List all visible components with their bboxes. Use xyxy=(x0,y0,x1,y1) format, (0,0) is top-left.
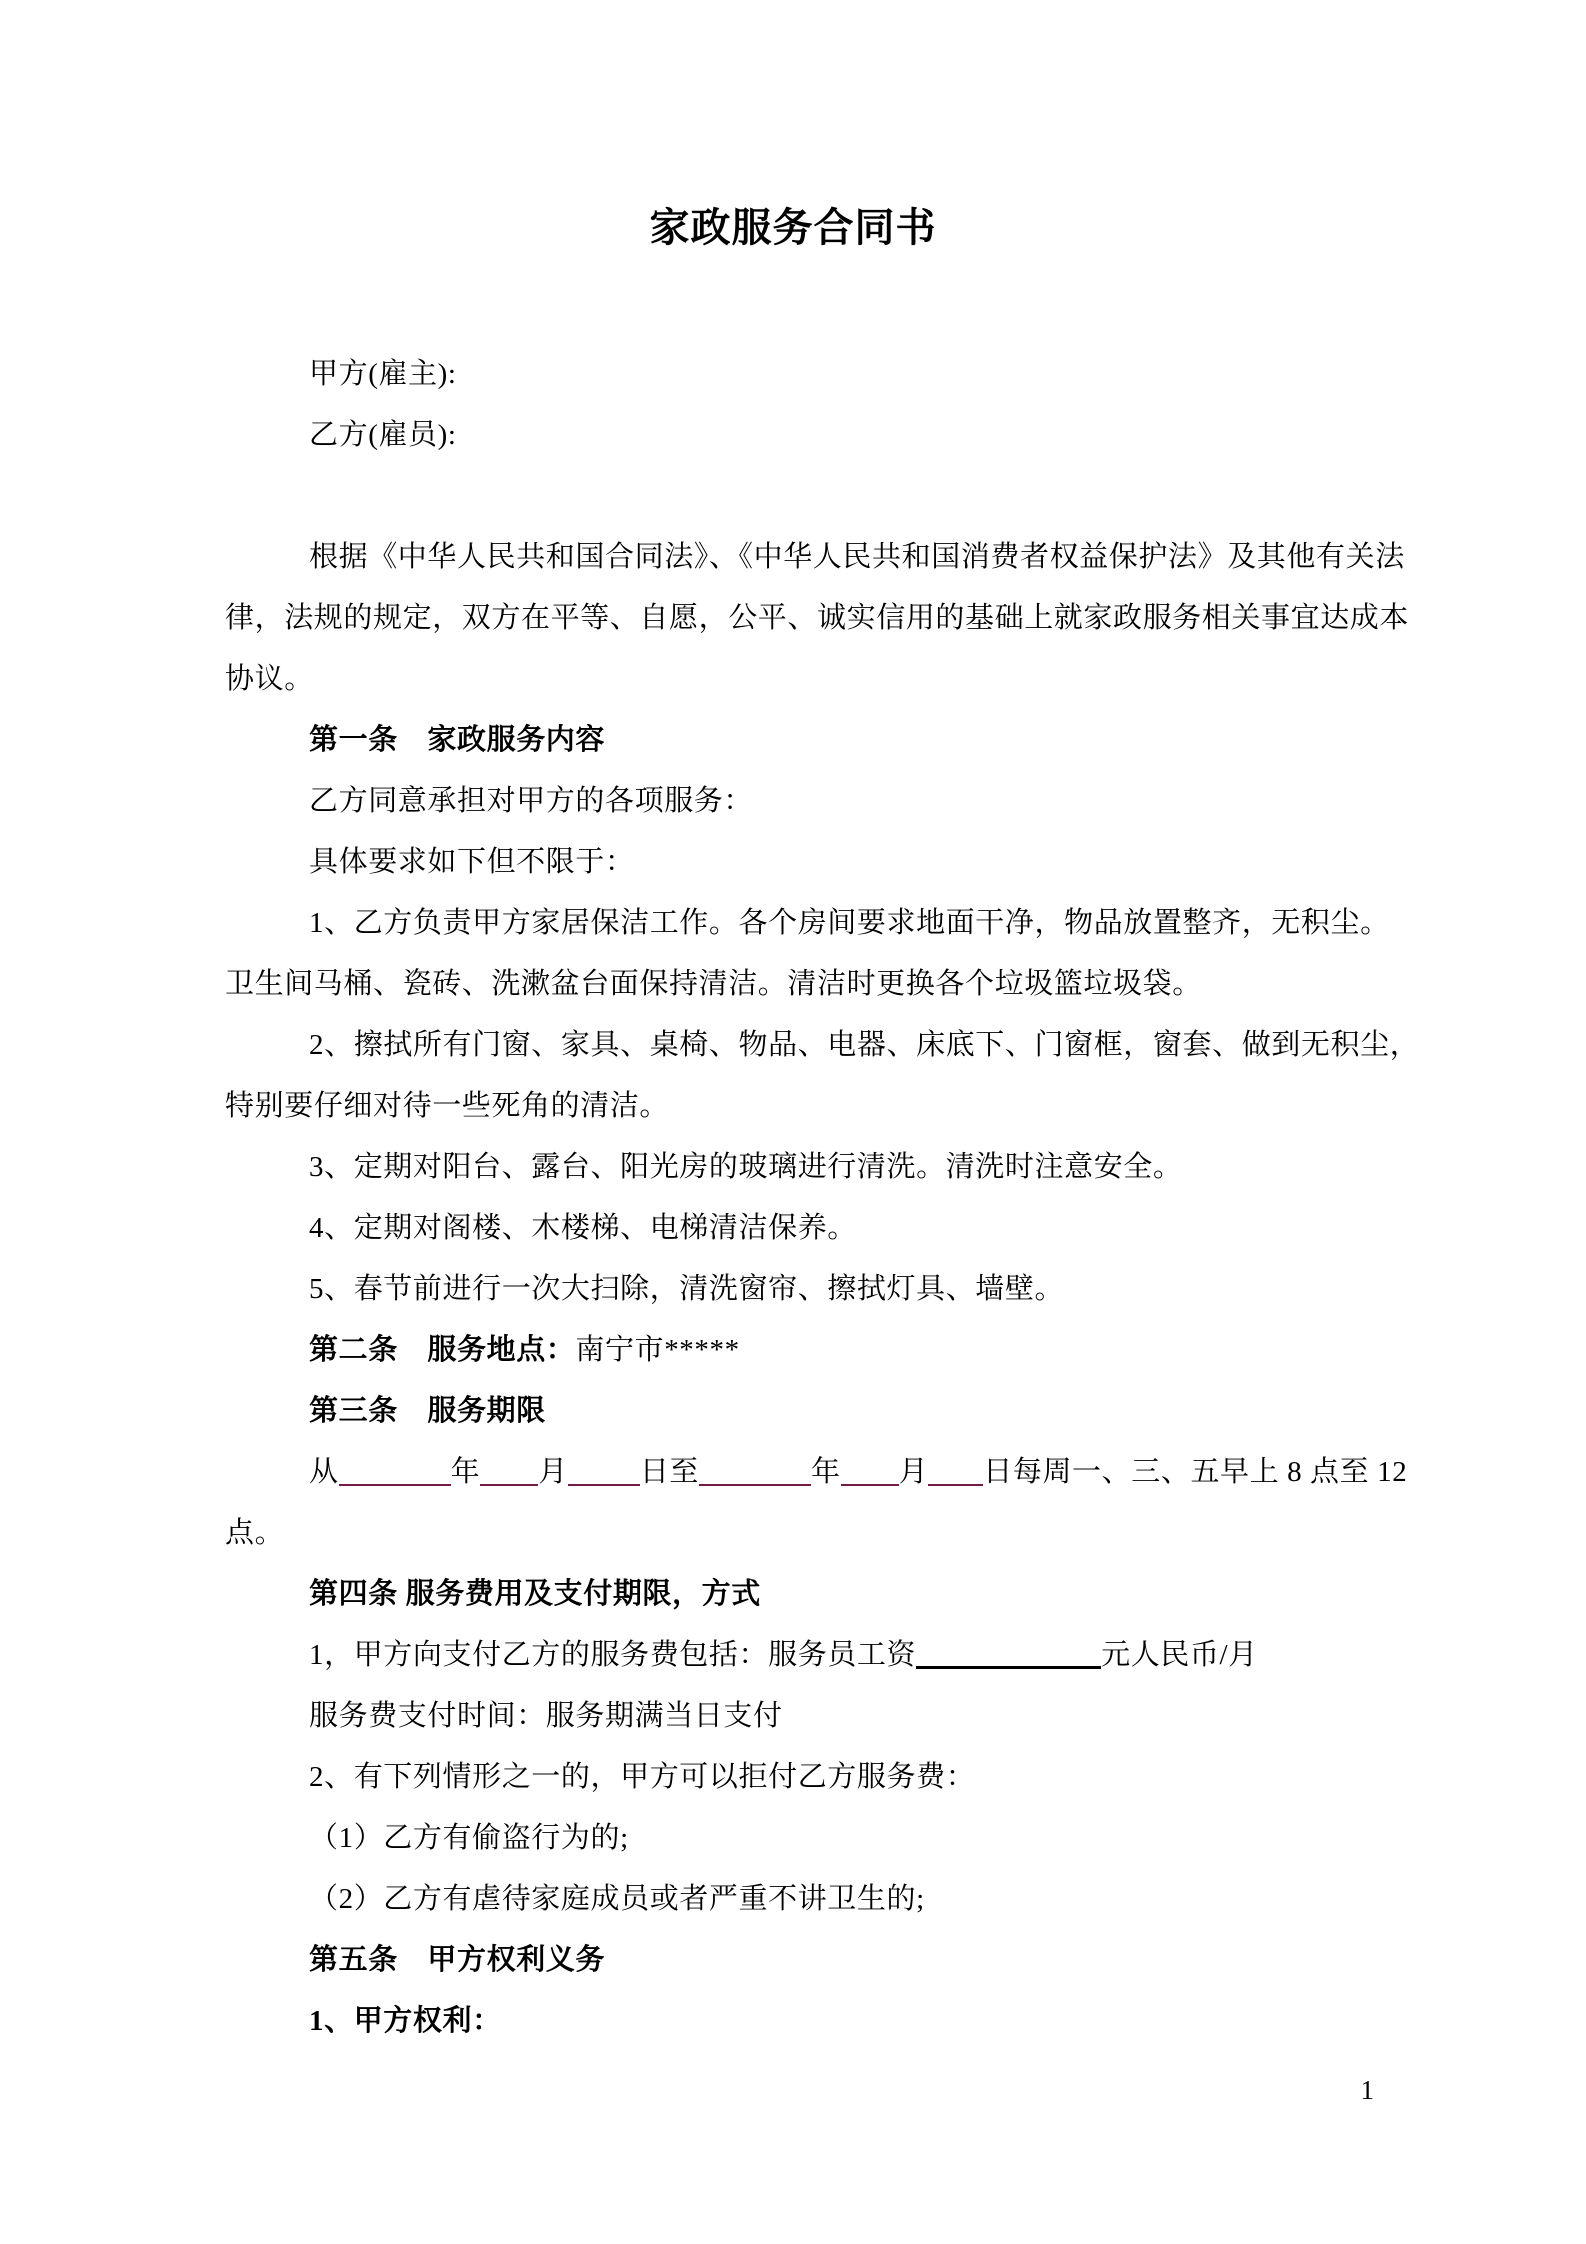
document-line: （2）乙方有虐待家庭成员或者严重不讲卫生的; xyxy=(225,1869,1380,1930)
document-line: 乙方(雇员): xyxy=(225,405,1380,466)
document-line: 第五条 甲方权利义务 xyxy=(225,1930,1380,1991)
document-line: （1）乙方有偷盗行为的; xyxy=(225,1808,1380,1869)
text-segment: 从 xyxy=(309,1456,339,1488)
text-segment: 日每周一、三、五早上 8 点至 12 xyxy=(983,1456,1407,1488)
document-line: 服务费支付时间：服务期满当日支付 xyxy=(225,1686,1380,1747)
document-line: 甲方(雇主): xyxy=(225,344,1380,405)
document-line: 第二条 服务地点：南宁市***** xyxy=(225,1320,1380,1381)
document-line: 特别要仔细对待一些死角的清洁。 xyxy=(225,1076,1380,1137)
blank-line xyxy=(225,466,1380,527)
document-line: 律，法规的规定，双方在平等、自愿，公平、诚实信用的基础上就家政服务相关事宜达成本 xyxy=(225,588,1380,649)
document-line: 具体要求如下但不限于： xyxy=(225,832,1380,893)
page-number: 1 xyxy=(1361,2072,1375,2108)
text-segment: 元人民币/月 xyxy=(1101,1639,1258,1671)
text-segment: 年 xyxy=(451,1456,481,1488)
document-line: 协议。 xyxy=(225,649,1380,710)
document-line: 第四条 服务费用及支付期限，方式 xyxy=(225,1564,1380,1625)
fill-in-blank-underline xyxy=(699,1478,811,1486)
document-line: 1，甲方向支付乙方的服务费包括：服务员工资元人民币/月 xyxy=(225,1625,1380,1686)
text-segment: 月 xyxy=(899,1456,929,1488)
fill-in-blank-underline xyxy=(928,1478,983,1486)
document-line: 3、定期对阳台、露台、阳光房的玻璃进行清洗。清洗时注意安全。 xyxy=(225,1137,1380,1198)
document-line: 点。 xyxy=(225,1503,1380,1564)
document-line: 第一条 家政服务内容 xyxy=(225,710,1380,771)
text-segment: 年 xyxy=(811,1456,841,1488)
document-line: 根据《中华人民共和国合同法》、《中华人民共和国消费者权益保护法》及其他有关法 xyxy=(225,527,1380,588)
fill-in-blank-underline xyxy=(841,1478,899,1486)
document-body: 甲方(雇主):乙方(雇员):根据《中华人民共和国合同法》、《中华人民共和国消费者… xyxy=(225,344,1380,2052)
document-line: 1、甲方权利： xyxy=(225,1991,1380,2052)
text-segment: 1，甲方向支付乙方的服务费包括：服务员工资 xyxy=(309,1639,916,1671)
document-line: 卫生间马桶、瓷砖、洗漱盆台面保持清洁。清洁时更换各个垃圾篮垃圾袋。 xyxy=(225,954,1380,1015)
document-line: 2、擦拭所有门窗、家具、桌椅、物品、电器、床底下、门窗框，窗套、做到无积尘， xyxy=(225,1015,1380,1076)
fill-in-blank-underline xyxy=(916,1660,1101,1669)
document-line: 第三条 服务期限 xyxy=(225,1381,1380,1442)
text-segment: 南宁市***** xyxy=(575,1334,739,1366)
text-segment: 第二条 服务地点： xyxy=(309,1334,575,1366)
document-line: 1、乙方负责甲方家居保洁工作。各个房间要求地面干净，物品放置整齐，无积尘。 xyxy=(225,893,1380,954)
document-line: 5、春节前进行一次大扫除，清洗窗帘、擦拭灯具、墙壁。 xyxy=(225,1259,1380,1320)
document-title: 家政服务合同书 xyxy=(0,193,1586,263)
text-segment: 日至 xyxy=(640,1456,699,1488)
document-line: 4、定期对阁楼、木楼梯、电梯清洁保养。 xyxy=(225,1198,1380,1259)
document-page: 家政服务合同书 甲方(雇主):乙方(雇员):根据《中华人民共和国合同法》、《中华… xyxy=(0,0,1586,2244)
document-line: 从年月日至年月日每周一、三、五早上 8 点至 12 xyxy=(225,1442,1380,1503)
fill-in-blank-underline xyxy=(480,1478,538,1486)
document-line: 2、有下列情形之一的，甲方可以拒付乙方服务费： xyxy=(225,1747,1380,1808)
document-line: 乙方同意承担对甲方的各项服务： xyxy=(225,771,1380,832)
text-segment: 月 xyxy=(538,1456,568,1488)
fill-in-blank-underline xyxy=(339,1478,451,1486)
fill-in-blank-underline xyxy=(568,1478,640,1486)
